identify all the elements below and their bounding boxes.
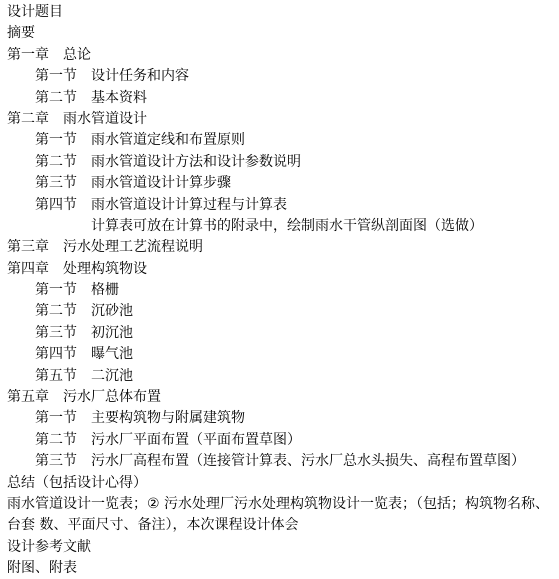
toc-section: 第四节曝气池 bbox=[7, 344, 559, 365]
chapter-number: 第四章 bbox=[7, 259, 63, 280]
toc-chapter-1: 第一章总论 bbox=[7, 45, 559, 66]
toc-chapter-5: 第五章污水厂总体布置 bbox=[7, 387, 559, 408]
section-title: 污水厂平面布置（平面布置草图） bbox=[91, 432, 301, 448]
toc-chapter-3: 第三章污水处理工艺流程说明 bbox=[7, 237, 559, 258]
toc-text: 台套 数、平面尺寸、备注），本次课程设计体会 bbox=[7, 517, 298, 533]
toc-section: 第一节主要构筑物与附属建筑物 bbox=[7, 408, 559, 429]
section-number: 第三节 bbox=[35, 173, 91, 194]
chapter-number: 第二章 bbox=[7, 109, 63, 130]
toc-chapter-2: 第二章雨水管道设计 bbox=[7, 109, 559, 130]
toc-item-summary-tables: 雨水管道设计一览表；② 污水处理厂污水处理构筑物设计一览表；（包括；构筑物名称、 bbox=[7, 494, 559, 515]
toc-item-summary: 总结（包括设计心得） bbox=[7, 473, 559, 494]
section-title: 雨水管道设计计算过程与计算表 bbox=[91, 197, 287, 213]
section-title: 主要构筑物与附属建筑物 bbox=[91, 410, 245, 426]
section-title: 初沉池 bbox=[91, 325, 133, 341]
toc-text: 总结（包括设计心得） bbox=[7, 475, 147, 491]
section-number: 第一节 bbox=[35, 408, 91, 429]
section-number: 第一节 bbox=[35, 130, 91, 151]
section-title: 雨水管道设计方法和设计参数说明 bbox=[91, 154, 301, 170]
chapter-title: 污水处理工艺流程说明 bbox=[63, 239, 203, 255]
section-number: 第三节 bbox=[35, 323, 91, 344]
toc-item-summary-tables-cont: 台套 数、平面尺寸、备注），本次课程设计体会 bbox=[7, 515, 559, 536]
section-number: 第二节 bbox=[35, 430, 91, 451]
section-number: 第五节 bbox=[35, 366, 91, 387]
toc-item-design-title: 设计题目 bbox=[7, 2, 559, 23]
toc-item-appendix: 附图、附表 bbox=[7, 558, 559, 579]
section-title: 污水厂高程布置（连接管计算表、污水厂总水头损失、高程布置草图） bbox=[91, 453, 525, 469]
toc-section: 第一节设计任务和内容 bbox=[7, 66, 559, 87]
section-title: 基本资料 bbox=[91, 90, 147, 106]
toc-continuation-note: 计算表可放在计算书的附录中，绘制雨水干管纵剖面图（选做） bbox=[7, 216, 559, 237]
toc-text: 摘要 bbox=[7, 25, 35, 41]
section-title: 二沉池 bbox=[91, 368, 133, 384]
toc-chapter-4: 第四章处理构筑物设 bbox=[7, 259, 559, 280]
toc-section: 第三节初沉池 bbox=[7, 323, 559, 344]
toc-section: 第四节雨水管道设计计算过程与计算表 bbox=[7, 195, 559, 216]
toc-section: 第三节雨水管道设计计算步骤 bbox=[7, 173, 559, 194]
section-number: 第二节 bbox=[35, 152, 91, 173]
section-number: 第三节 bbox=[35, 451, 91, 472]
section-number: 第二节 bbox=[35, 301, 91, 322]
toc-section: 第二节基本资料 bbox=[7, 88, 559, 109]
toc-section: 第二节沉砂池 bbox=[7, 301, 559, 322]
toc-text: 设计参考文献 bbox=[7, 539, 91, 555]
chapter-title: 总论 bbox=[63, 47, 91, 63]
section-title: 格栅 bbox=[91, 282, 119, 298]
toc-section: 第三节污水厂高程布置（连接管计算表、污水厂总水头损失、高程布置草图） bbox=[7, 451, 559, 472]
toc-item-abstract: 摘要 bbox=[7, 23, 559, 44]
chapter-title: 处理构筑物设 bbox=[63, 261, 147, 277]
chapter-number: 第五章 bbox=[7, 387, 63, 408]
toc-section: 第一节格栅 bbox=[7, 280, 559, 301]
toc-item-references: 设计参考文献 bbox=[7, 537, 559, 558]
toc-text: 附图、附表 bbox=[7, 560, 77, 576]
toc-section: 第二节雨水管道设计方法和设计参数说明 bbox=[7, 152, 559, 173]
section-number: 第一节 bbox=[35, 280, 91, 301]
toc-section: 第二节污水厂平面布置（平面布置草图） bbox=[7, 430, 559, 451]
section-number: 第四节 bbox=[35, 344, 91, 365]
chapter-title: 污水厂总体布置 bbox=[63, 389, 161, 405]
section-title: 雨水管道设计计算步骤 bbox=[91, 175, 231, 191]
toc-text: 设计题目 bbox=[7, 4, 63, 20]
toc-text: 雨水管道设计一览表；② 污水处理厂污水处理构筑物设计一览表；（包括；构筑物名称、 bbox=[7, 496, 549, 512]
section-title: 设计任务和内容 bbox=[91, 68, 189, 84]
chapter-number: 第三章 bbox=[7, 237, 63, 258]
chapter-title: 雨水管道设计 bbox=[63, 111, 147, 127]
chapter-number: 第一章 bbox=[7, 45, 63, 66]
section-number: 第四节 bbox=[35, 195, 91, 216]
section-title: 沉砂池 bbox=[91, 303, 133, 319]
toc-section: 第五节二沉池 bbox=[7, 366, 559, 387]
section-title: 雨水管道定线和布置原则 bbox=[91, 132, 245, 148]
section-title: 曝气池 bbox=[91, 346, 133, 362]
toc-text: 计算表可放在计算书的附录中，绘制雨水干管纵剖面图（选做） bbox=[91, 218, 483, 234]
section-number: 第二节 bbox=[35, 88, 91, 109]
toc-section: 第一节雨水管道定线和布置原则 bbox=[7, 130, 559, 151]
section-number: 第一节 bbox=[35, 66, 91, 87]
table-of-contents: 设计题目 摘要 第一章总论 第一节设计任务和内容 第二节基本资料 第二章雨水管道… bbox=[7, 2, 559, 579]
